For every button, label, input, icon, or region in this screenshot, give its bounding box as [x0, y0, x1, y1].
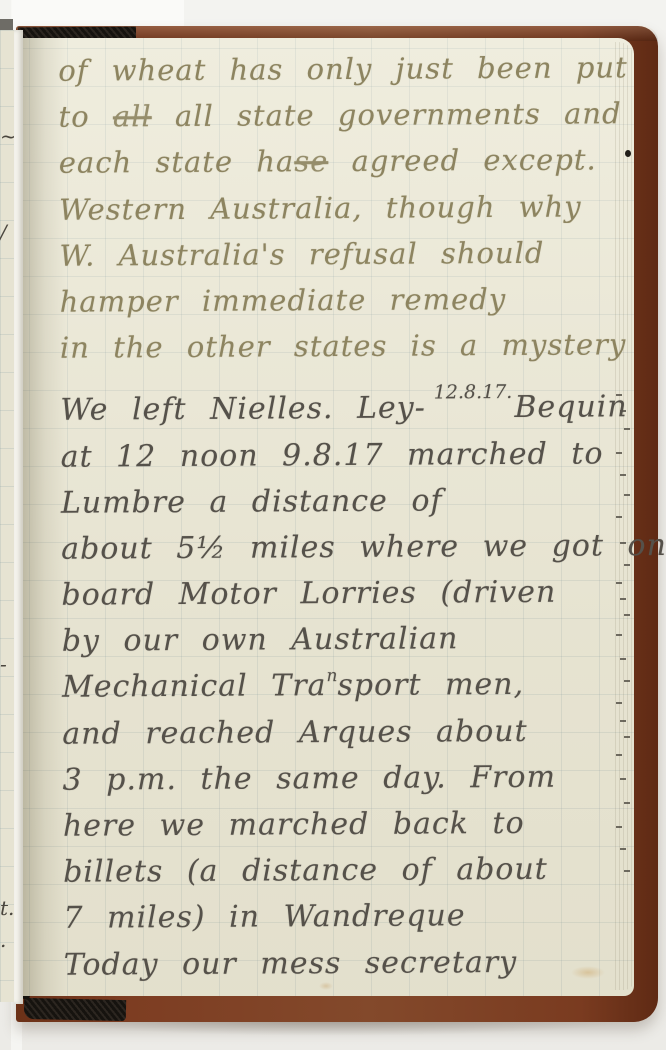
page-block-edge [14, 30, 23, 1004]
handwritten-segment: in the other states is a mystery [60, 327, 627, 364]
handwritten-line: Mechanical Transport men, [62, 662, 627, 712]
handwritten-line: Lumbre a distance of [61, 477, 626, 527]
handwritten-line: board Motor Lorries (driven [61, 569, 626, 619]
handwritten-segment: 3 p.m. the same day. From [62, 760, 556, 798]
handwritten-segment: all state governments and [152, 96, 622, 133]
handwritten-line: 7 miles) in Wandreque [63, 893, 628, 943]
diary-entry-1: of wheat has only just been putto all al… [58, 44, 625, 371]
notebook-page: of wheat has only just been putto all al… [23, 38, 634, 996]
handwritten-segment: Bequin [514, 390, 627, 426]
handwritten-segment: Western Australia, though why [59, 189, 582, 226]
handwritten-line: Western Australia, though why [59, 183, 624, 233]
handwritten-line: about 5½ miles where we got on [61, 523, 626, 573]
handwritten-line: W. Australia's refusal should [59, 229, 624, 279]
handwritten-segment: Lumbre a distance of [61, 483, 443, 520]
margin-pen-mark: - [0, 654, 14, 674]
handwritten-strike: all [113, 99, 152, 133]
handwritten-line: hamper immediate remedy [60, 275, 625, 325]
handwritten-segment: here we marched back to [63, 806, 525, 844]
handwritten-line: and reached Arques about [62, 708, 627, 758]
handwritten-line: Today our mess secretary [64, 939, 629, 989]
handwritten-segment: each state ha [59, 145, 295, 180]
handwritten-segment: to [58, 100, 113, 134]
ink-dot [625, 150, 631, 157]
margin-pen-mark: ~. [0, 126, 14, 146]
handwritten-line: in the other states is a mystery [60, 321, 625, 371]
margin-pen-mark: . [0, 930, 14, 950]
handwritten-segment: at 12 noon 9.8.17 marched to [61, 436, 604, 474]
handwritten-segment: board Motor Lorries (driven [61, 575, 556, 613]
handwritten-segment: Mechanical Tra [62, 669, 327, 706]
handwritten-strike: se [294, 144, 328, 178]
handwritten-line: We left Nielles. Ley-12.8.17.Bequin [60, 385, 625, 435]
facing-page-strip: ~./-t.. [0, 30, 14, 1002]
handwritten-sup: n [326, 666, 337, 686]
handwritten-segment: billets (a distance of about [63, 852, 548, 890]
handwritten-segment: by our own Australian [62, 622, 459, 659]
handwritten-segment: sport men, [337, 667, 524, 703]
margin-pen-mark: t. [0, 898, 14, 918]
handwritten-sup-date: 12.8.17. [434, 369, 513, 415]
handwritten-segment: about 5½ miles where we got on [61, 528, 666, 567]
handwritten-line: here we marched back to [63, 800, 628, 850]
handwritten-segment: W. Australia's refusal should [59, 236, 544, 273]
handwritten-segment: Today our mess secretary [64, 945, 518, 983]
margin-pen-mark: / [0, 222, 14, 242]
handwritten-line: 3 p.m. the same day. From [62, 754, 627, 804]
handwritten-segment: of wheat has only just been put [58, 50, 628, 87]
handwritten-line: each state hase agreed except. [59, 137, 624, 187]
handwritten-line: of wheat has only just been put [58, 44, 623, 94]
handwriting-text: of wheat has only just been putto all al… [58, 44, 629, 988]
handwritten-segment: and reached Arques about [62, 714, 528, 752]
spine-cloth-bottom [24, 998, 126, 1021]
handwritten-line: to all all state governments and [58, 90, 623, 140]
handwritten-line: billets (a distance of about [63, 846, 628, 896]
diary-entry-2: We left Nielles. Ley-12.8.17.Bequinat 12… [60, 385, 629, 989]
handwritten-segment: agreed except. [328, 143, 597, 179]
handwritten-line: at 12 noon 9.8.17 marched to [60, 431, 625, 481]
handwritten-segment: 7 miles) in Wandreque [63, 899, 465, 936]
handwritten-segment: hamper immediate remedy [60, 282, 507, 319]
handwritten-line: by our own Australian [62, 616, 627, 666]
handwritten-segment: We left Nielles. Ley- [60, 391, 426, 428]
